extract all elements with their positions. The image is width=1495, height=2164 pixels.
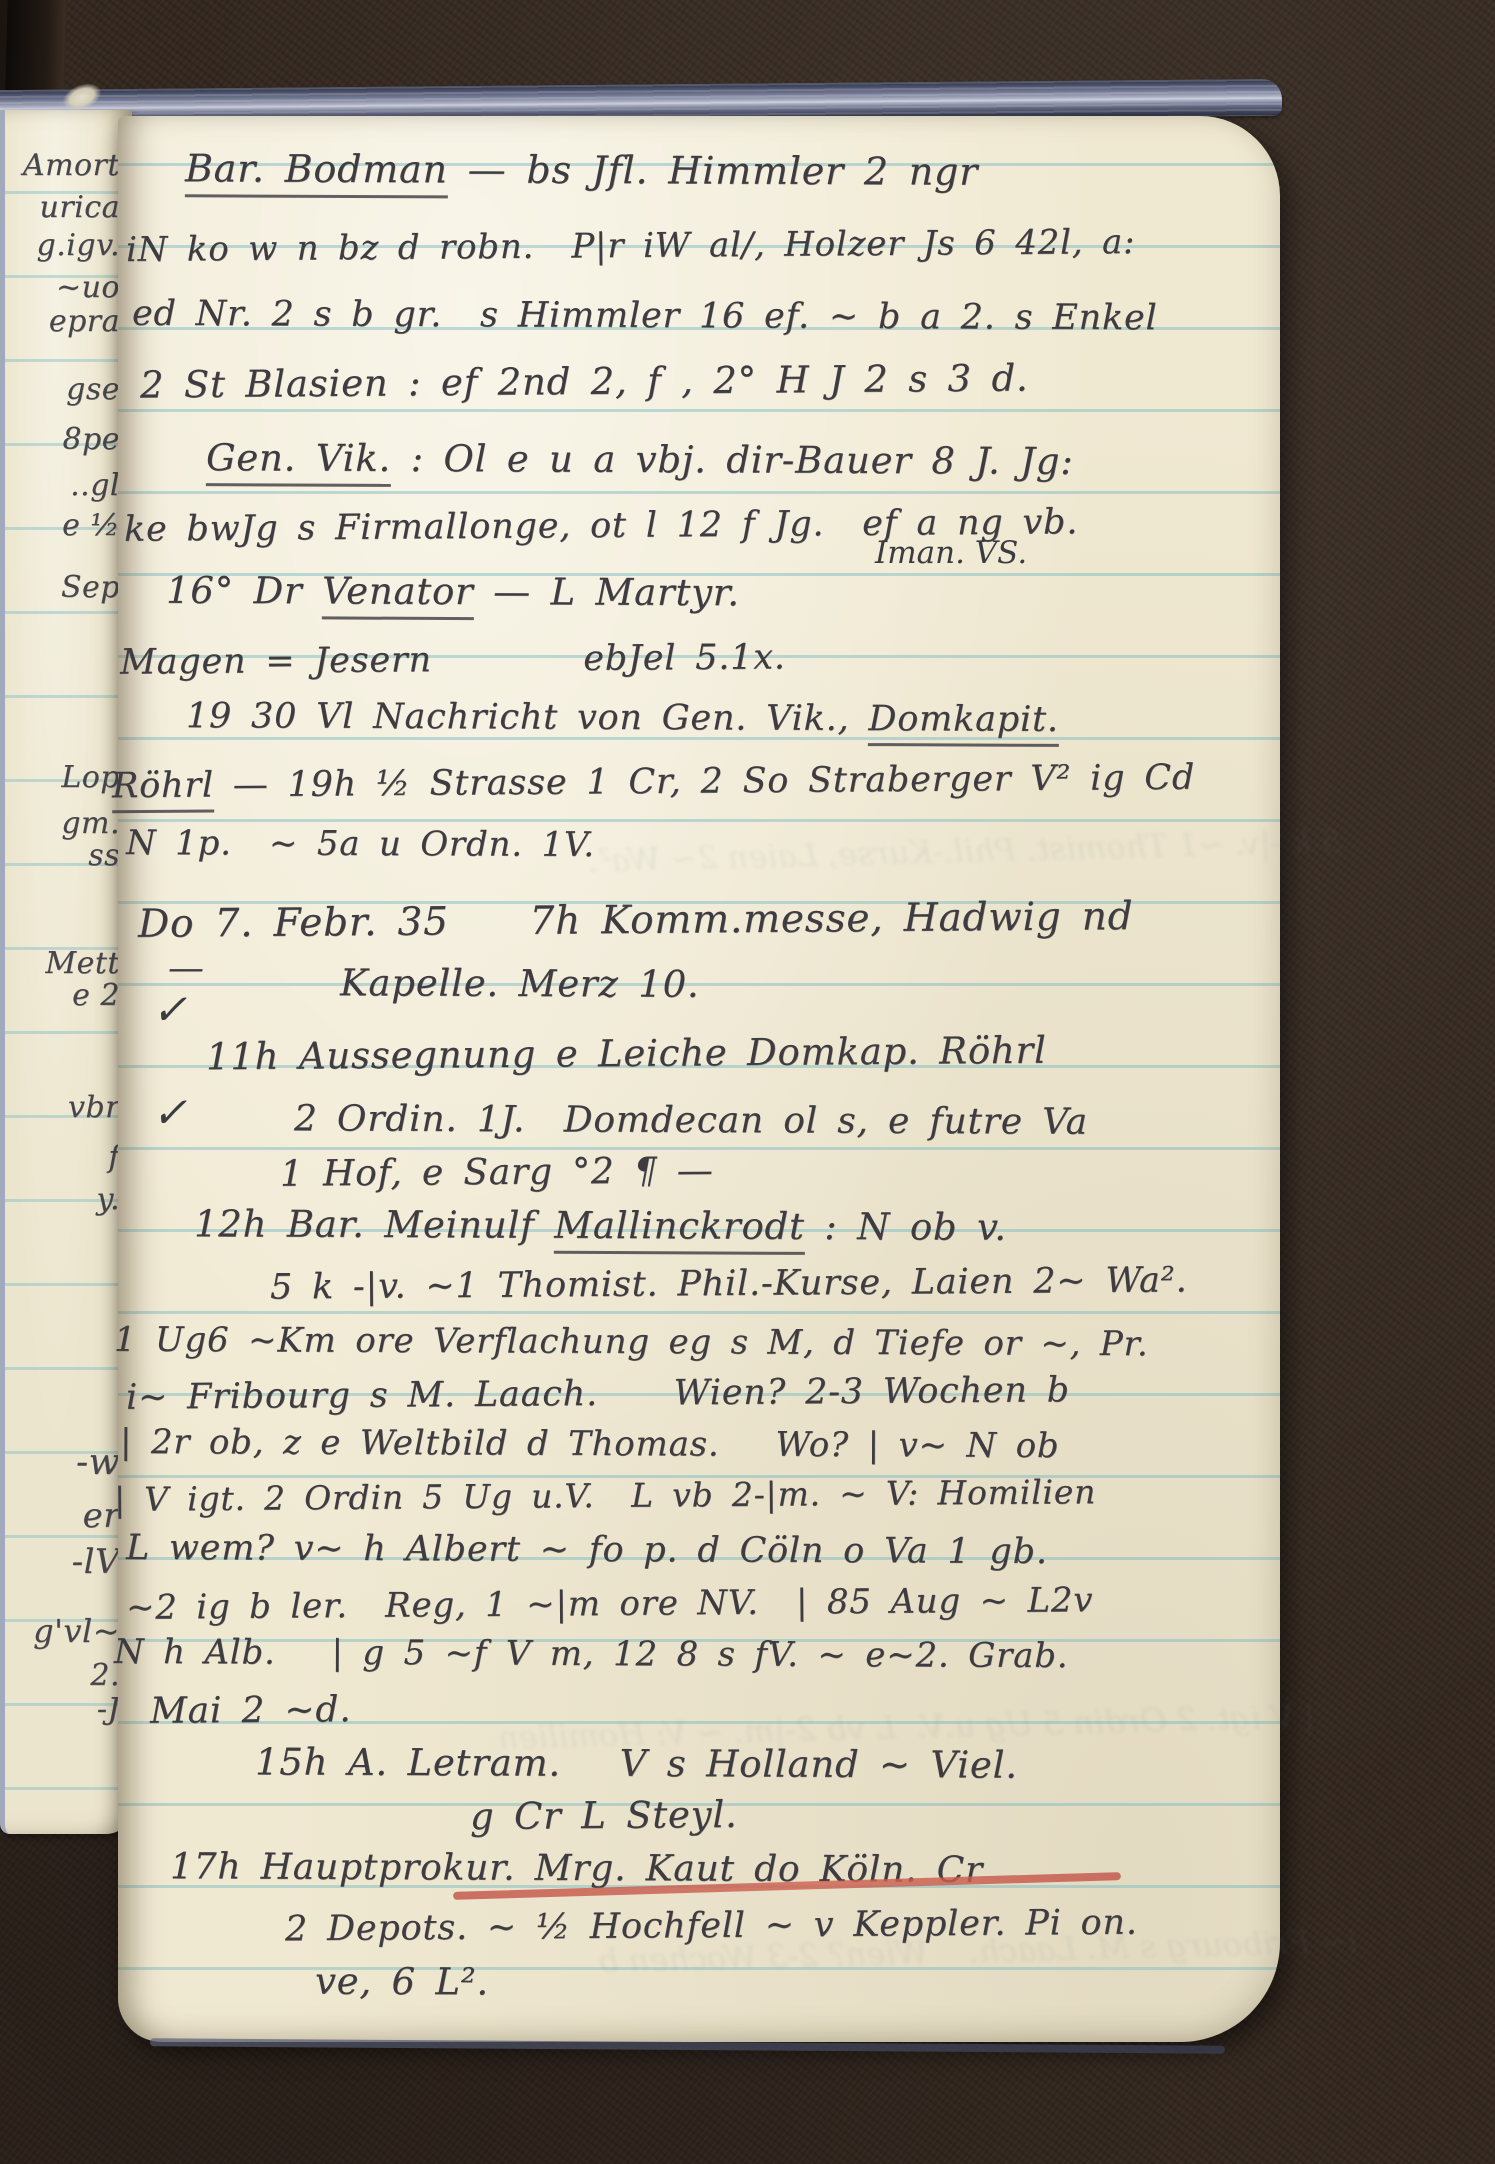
handwritten-line: 2 Depots. ~ ½ Hochfell ~ v Keppler. Pi o… (285, 1903, 1138, 1950)
handwritten-line: 11h Aussegnung e Leiche Domkap. Röhrl (206, 1029, 1047, 1079)
handwriting-fragment: e ½ (62, 508, 120, 543)
handwritten-line: iN ko w n bz d robn. P|r iW al/, Holzer … (126, 222, 1136, 270)
handwriting-fragment: ~uo (56, 270, 120, 305)
handwritten-line: | 2r ob, z e Weltbild d Thomas. Wo? | v~… (120, 1422, 1060, 1466)
handwritten-line: 15h A. Letram. V s Holland ~ Viel. (255, 1740, 1018, 1786)
margin-note: Iman. VS. (875, 535, 1027, 571)
handwritten-line: N h Alb. | g 5 ~f V m, 12 8 s fV. ~ e~2.… (114, 1632, 1069, 1676)
handwritten-line: Bar. Bodman — bs Jfl. Himmler 2 ngr (185, 146, 978, 193)
handwritten-line: 2 Ordin. 1J. Domdecan ol s, e futre Va (294, 1098, 1088, 1142)
handwriting-fragment: -w (76, 1442, 120, 1483)
handwriting-fragment: vbr (68, 1090, 120, 1125)
handwritten-line: g Cr L Steyl. (470, 1793, 738, 1838)
handwritten-line: ed Nr. 2 s b gr. s Himmler 16 ef. ~ b a … (132, 294, 1158, 338)
handwriting-fragment: gm. (61, 806, 120, 841)
handwriting-fragment: Mett (45, 946, 120, 981)
handwritten-line: ve, 6 L². (315, 1960, 489, 2004)
margin-dash: — (168, 948, 204, 989)
checkmark-icon: ✓ (152, 1088, 187, 1137)
handwriting-fragment: g.igv. (37, 228, 120, 263)
handwritten-line: Gen. Vik. : Ol e u a vbj. dir-Bauer 8 J.… (206, 436, 1074, 483)
handwritten-line: | V igt. 2 Ordin 5 Ug u.V. L vb 2-|m. ~ … (114, 1472, 1096, 1519)
handwriting-fragment: Amort (23, 148, 120, 183)
handwritten-line: Röhrl — 19h ½ Strasse 1 Cr, 2 So Straber… (112, 758, 1195, 807)
handwriting-fragment: ss (88, 838, 120, 873)
handwriting-fragment: Sep (61, 570, 120, 605)
handwritten-line: N 1p. ~ 5a u Ordn. 1V. (126, 823, 595, 865)
handwritten-line: 1 Hof, e Sarg °2 ¶ — (280, 1150, 714, 1194)
handwriting-fragment: ..gl (70, 468, 120, 503)
handwriting-fragment: -lV (72, 1542, 120, 1582)
handwritten-line: 12h Bar. Meinulf Mallinckrodt : N ob v. (194, 1202, 1007, 1249)
handwritten-line: 16° Dr Venator — L Martyr. (166, 569, 740, 615)
handwritten-line: 19 30 Vl Nachricht von Gen. Vik., Domkap… (186, 696, 1059, 740)
previous-page-edge: Amort urica g.igv. ~uo epra gse 8pe ..gl… (0, 110, 132, 1834)
handwriting-fragment: 8pe (62, 422, 120, 457)
checkmark-icon: ✓ (152, 985, 187, 1034)
notebook-page: 5 k -|v. ~1 Thomist. Phil.-Kurse, Laien … (118, 116, 1280, 2042)
handwritten-line: ~2 ig b ler. Reg, 1 ~|m ore NV. | 85 Aug… (126, 1580, 1094, 1628)
handwritten-line: Kapelle. Merz 10. (340, 961, 700, 1006)
handwriting-fragment: gse (66, 372, 120, 407)
handwritten-line: Mai 2 ~d. (150, 1689, 352, 1732)
handwritten-line: 1 Ug6 ~Km ore Verflachung eg s M, d Tief… (114, 1320, 1149, 1365)
handwriting-fragment: -J (97, 1692, 120, 1727)
handwriting-fragment: y. (97, 1182, 121, 1217)
handwriting-fragment: urica (40, 190, 120, 225)
handwritten-line: Do 7. Febr. 35 7h Komm.messe, Hadwig nd (138, 894, 1134, 947)
handwritten-line: 2 St Blasien : ef 2nd 2, f , 2° H J 2 s … (140, 357, 1029, 407)
handwritten-line: L wem? v~ h Albert ~ fo p. d Cöln o Va 1… (126, 1528, 1048, 1572)
handwritten-line: Magen = Jesern ebJel 5.1x. (120, 637, 786, 682)
ink-bleed-ghost: 5 k -|v. ~1 Thomist. Phil.-Kurse, Laien … (588, 822, 1342, 880)
handwriting-fragment: epra (49, 304, 120, 339)
handwriting-fragment: g'vl~ (33, 1612, 120, 1650)
handwritten-line: i~ Fribourg s M. Laach. Wien? 2-3 Wochen… (126, 1370, 1070, 1417)
handwriting-fragment: e 2 (72, 978, 120, 1013)
handwritten-line: 5 k -|v. ~1 Thomist. Phil.-Kurse, Laien … (270, 1260, 1188, 1307)
